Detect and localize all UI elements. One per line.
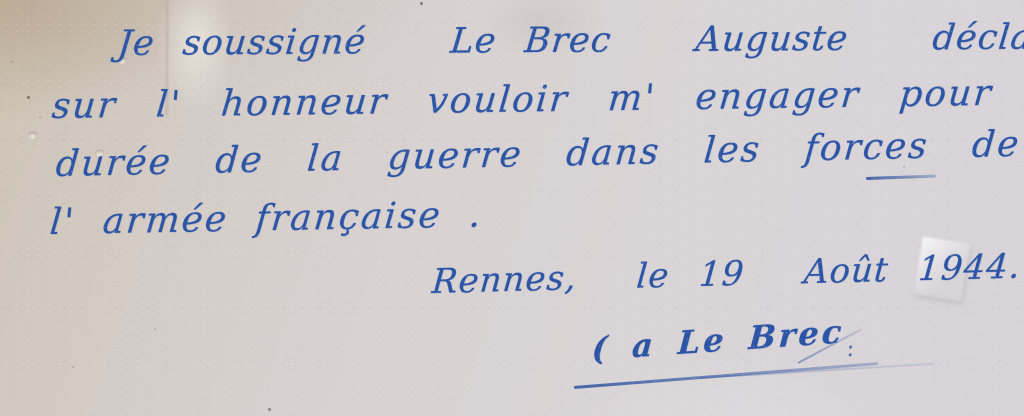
handwritten-line-declaration-1: Je soussigné Le Brec Auguste déclare	[116, 17, 1024, 64]
paper-speck	[268, 408, 271, 411]
signature-underline-light	[700, 363, 935, 379]
handwritten-line-declaration-4: l' armée française .	[48, 194, 484, 243]
paper-speck	[39, 116, 41, 118]
paper-speck	[27, 96, 30, 99]
handwritten-line-declaration-2: sur l' honneur vouloir m' engager pour l…	[50, 72, 1024, 127]
signature: ( a Le Brec	[591, 312, 846, 368]
paper-speck	[420, 2, 423, 5]
paper-speck	[72, 366, 74, 368]
signature-mark: :	[844, 334, 856, 363]
paper-speck	[154, 328, 156, 330]
paper-dent	[28, 133, 37, 139]
document-photo: Je soussigné Le Brec Auguste déclare sur…	[0, 0, 1024, 416]
pen-stroke	[866, 175, 936, 180]
paper-speck	[11, 61, 13, 63]
